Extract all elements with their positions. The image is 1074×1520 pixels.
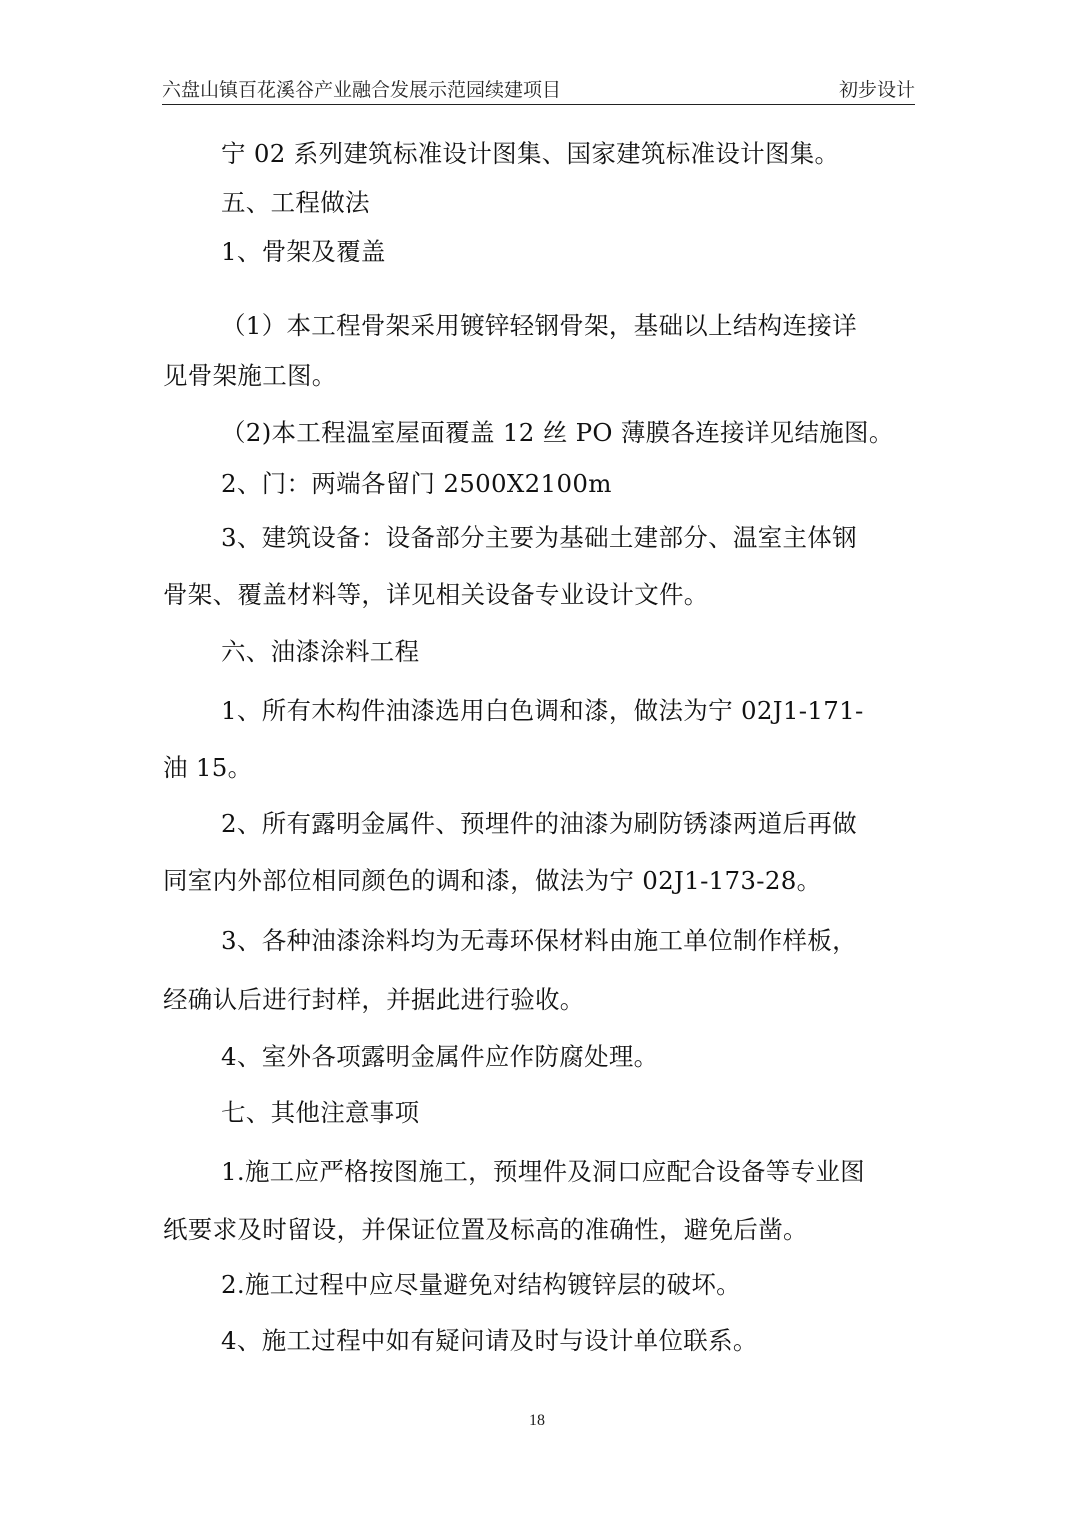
- section-label: 初步设计: [839, 78, 915, 102]
- text-line: 骨架、覆盖材料等，详见相关设备专业设计文件。: [163, 577, 709, 613]
- text-line: 油 15。: [163, 750, 252, 786]
- text-line: 同室内外部位相同颜色的调和漆，做法为宁 02J1-173-28。: [163, 863, 821, 899]
- text-line: 宁 02 系列建筑标准设计图集、国家建筑标准设计图集。: [221, 136, 839, 172]
- text-line: 2、门：两端各留门 2500X2100m: [221, 466, 612, 502]
- document-page: 六盘山镇百花溪谷产业融合发展示范园续建项目 初步设计 宁 02 系列建筑标准设计…: [0, 0, 1074, 1520]
- subsection-heading: 1、骨架及覆盖: [221, 234, 386, 270]
- text-line: （1）本工程骨架采用镀锌轻钢骨架，基础以上结构连接详: [221, 308, 857, 344]
- text-line: 4、室外各项露明金属件应作防腐处理。: [221, 1039, 659, 1075]
- section-heading: 七、其他注意事项: [221, 1095, 419, 1131]
- text-line: 1、所有木构件油漆选用白色调和漆，做法为宁 02J1-171-: [221, 693, 864, 729]
- text-line: （2)本工程温室屋面覆盖 12 丝 PO 薄膜各连接详见结施图。: [221, 415, 894, 451]
- section-heading: 五、工程做法: [221, 185, 370, 221]
- text-line: 纸要求及时留设，并保证位置及标高的准确性，避免后凿。: [163, 1212, 808, 1248]
- page-header: 六盘山镇百花溪谷产业融合发展示范园续建项目 初步设计: [162, 74, 915, 105]
- text-line: 见骨架施工图。: [163, 358, 337, 394]
- text-line: 2.施工过程中应尽量避免对结构镀锌层的破坏。: [221, 1267, 741, 1303]
- text-line: 经确认后进行封样，并据此进行验收。: [163, 982, 585, 1018]
- text-line: 3、建筑设备：设备部分主要为基础土建部分、温室主体钢: [221, 520, 857, 556]
- text-line: 2、所有露明金属件、预埋件的油漆为刷防锈漆两道后再做: [221, 806, 857, 842]
- text-line: 1.施工应严格按图施工，预埋件及洞口应配合设备等专业图: [221, 1154, 865, 1190]
- page-number: 18: [0, 1412, 1074, 1430]
- section-heading: 六、油漆涂料工程: [221, 634, 419, 670]
- text-line: 3、各种油漆涂料均为无毒环保材料由施工单位制作样板，: [221, 923, 857, 959]
- text-line: 4、施工过程中如有疑问请及时与设计单位联系。: [221, 1323, 758, 1359]
- project-title: 六盘山镇百花溪谷产业融合发展示范园续建项目: [162, 78, 561, 102]
